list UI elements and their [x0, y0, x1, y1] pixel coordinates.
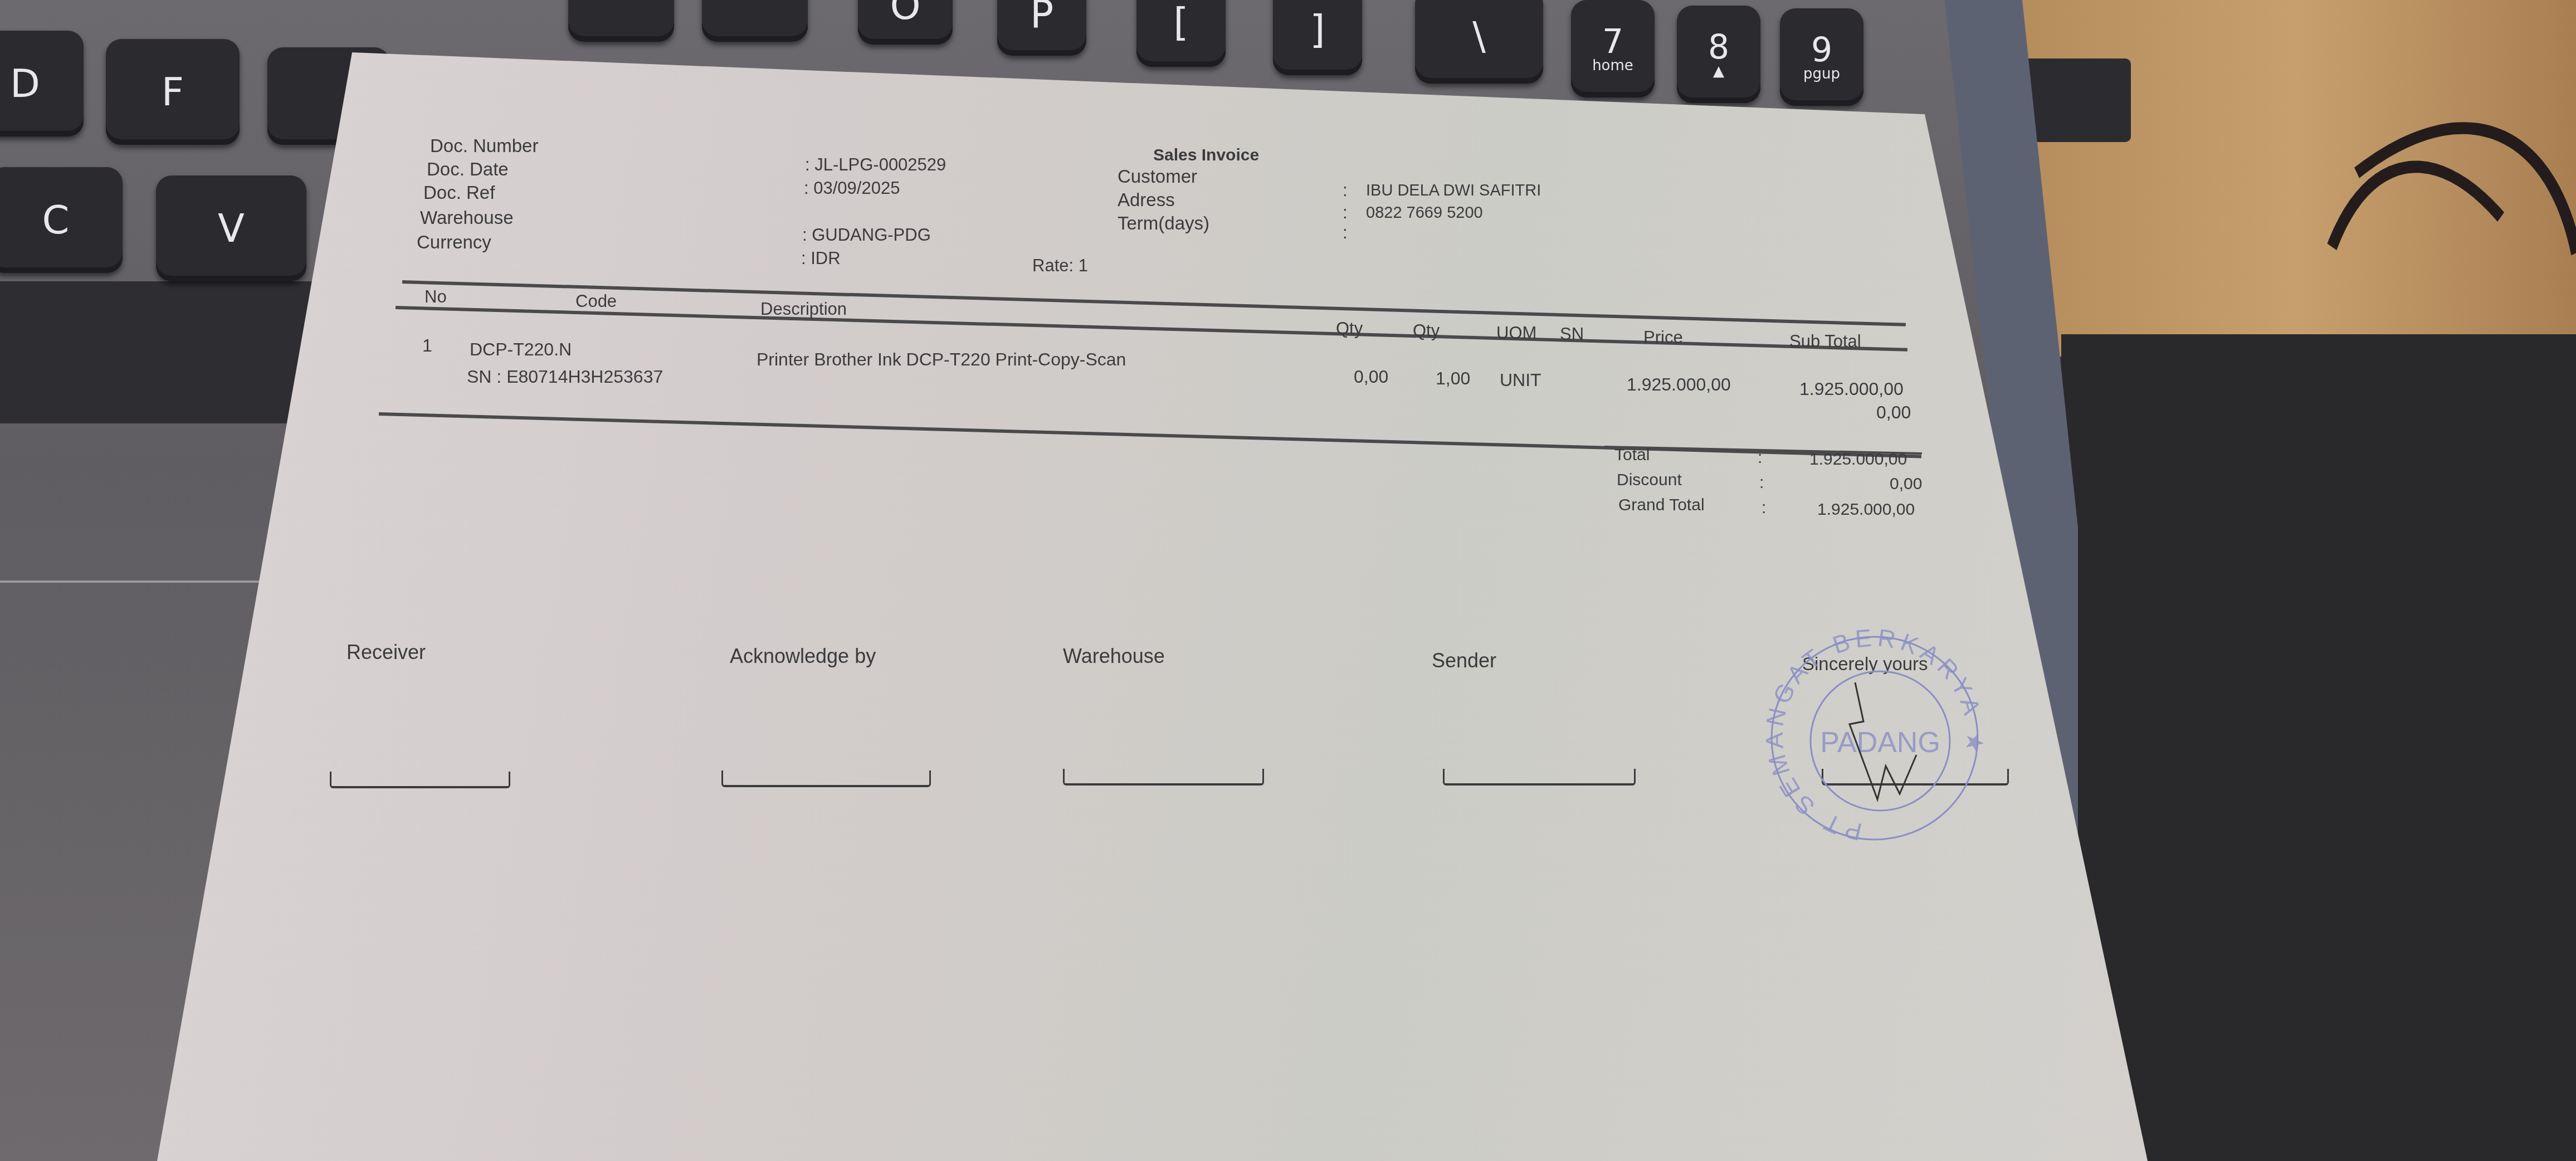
col-code: Code — [575, 291, 617, 311]
signature-line-acknowledge — [721, 770, 931, 787]
key-bracket-right: ] — [1273, 0, 1362, 75]
row-qty-1: 0,00 — [1354, 367, 1388, 387]
row-qty-2: 1,00 — [1436, 368, 1470, 389]
customer-colon: : — [1343, 181, 1348, 201]
key-numpad-9: 9 pgup — [1780, 8, 1863, 106]
signature-line-receiver — [330, 772, 510, 788]
key-c: C — [0, 167, 123, 273]
key-f: F — [106, 39, 240, 145]
row-no: 1 — [422, 335, 432, 356]
signature-acknowledge-label: Acknowledge by — [730, 645, 876, 668]
currency-label: Currency — [417, 232, 491, 253]
key-numpad-8: 8 ▲ — [1677, 6, 1760, 103]
total-colon: : — [1758, 448, 1762, 467]
total-label: Total — [1614, 446, 1650, 465]
warehouse-label: Warehouse — [420, 207, 514, 228]
doc-ref-label: Doc. Ref — [423, 182, 495, 203]
row-description: Printer Brother Ink DCP-T220 Print-Copy-… — [757, 349, 1126, 370]
discount-colon: : — [1759, 474, 1764, 492]
col-description: Description — [760, 299, 847, 319]
key-p: P — [997, 0, 1086, 56]
doc-date-value: : 03/09/2025 — [804, 178, 900, 198]
doc-date-label: Doc. Date — [427, 159, 509, 180]
key-backslash: \ — [1415, 0, 1543, 84]
col-no: No — [425, 287, 447, 307]
grand-total-colon: : — [1762, 499, 1766, 518]
rate-value: Rate: 1 — [1032, 256, 1088, 276]
address-label: Adress — [1118, 189, 1175, 211]
document-title: Sales Invoice — [1153, 146, 1259, 165]
total-value: 1.925.000,00 — [1809, 450, 1907, 469]
row-code: DCP-T220.N — [470, 339, 572, 360]
currency-value: : IDR — [801, 248, 841, 269]
col-price: Price — [1643, 328, 1683, 348]
key-numpad-7: 7 home — [1571, 0, 1655, 97]
touchpad-edge — [0, 580, 267, 583]
doc-number-label: Doc. Number — [430, 135, 538, 157]
stamp-center-text: PADANG — [1820, 726, 1940, 759]
col-qty-1: Qty — [1336, 319, 1363, 339]
col-sn: SN — [1560, 324, 1584, 344]
signature-receiver-label: Receiver — [347, 641, 426, 664]
key-v: V — [156, 175, 306, 281]
signature-line-warehouse — [1063, 769, 1264, 786]
discount-label: Discount — [1617, 471, 1682, 490]
key-top-row — [702, 0, 808, 42]
company-stamp: PT SEMANGAT BERKARYA ★ PADANG — [1766, 627, 1983, 850]
row-subtotal-extra: 0,00 — [1876, 402, 1911, 423]
term-days-colon: : — [1343, 223, 1348, 243]
address-value: 0822 7669 5200 — [1366, 204, 1483, 222]
address-colon: : — [1343, 203, 1348, 223]
key-d: D — [0, 31, 84, 136]
discount-value: 0,00 — [1890, 475, 1922, 494]
signature-warehouse-label: Warehouse — [1063, 645, 1165, 668]
key-bracket-left: [ — [1136, 0, 1226, 67]
row-price: 1.925.000,00 — [1627, 374, 1731, 395]
row-uom: UNIT — [1500, 370, 1541, 391]
signature-line-sender — [1443, 769, 1636, 786]
row-subtotal: 1.925.000,00 — [1799, 379, 1904, 399]
col-qty-2: Qty — [1413, 321, 1440, 341]
row-serial: SN : E80714H3H253637 — [467, 367, 663, 387]
term-days-label: Term(days) — [1118, 213, 1209, 234]
grand-total-value: 1.925.000,00 — [1817, 500, 1915, 519]
customer-label: Customer — [1118, 166, 1197, 187]
customer-value: IBU DELA DWI SAFITRI — [1366, 182, 1541, 200]
warehouse-value: : GUDANG-PDG — [802, 225, 931, 245]
doc-number-value: : JL-LPG-0002529 — [805, 155, 946, 175]
grand-total-label: Grand Total — [1618, 496, 1705, 515]
key-o: O — [858, 0, 953, 45]
signature-sender-label: Sender — [1432, 649, 1496, 672]
col-sub-total: Sub Total — [1789, 331, 1861, 352]
key-top-row — [568, 0, 674, 42]
col-uom: UOM — [1496, 323, 1536, 343]
